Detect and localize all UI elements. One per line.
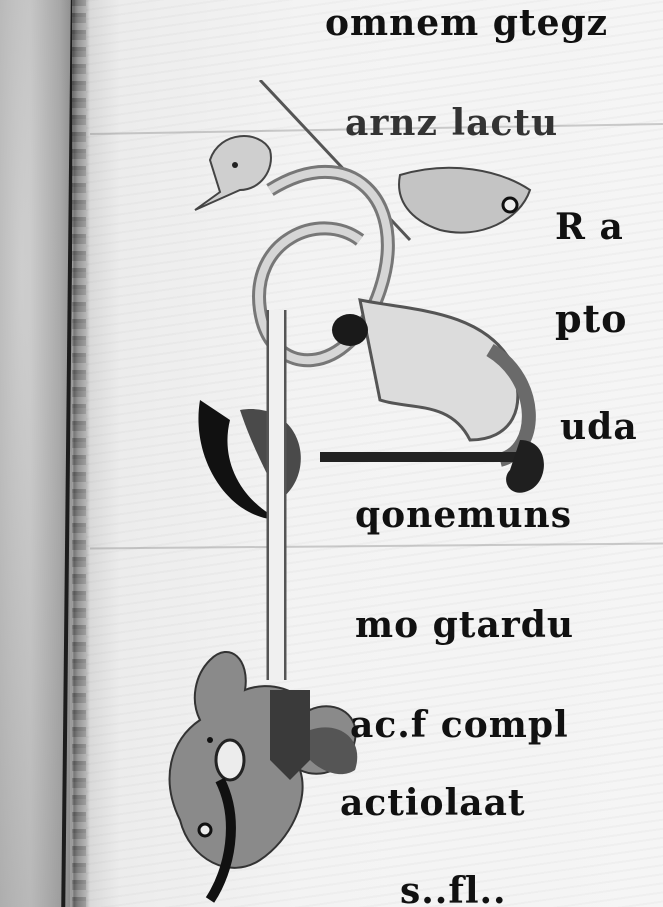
text-line: s..fl.. [400,870,507,907]
text-line: omnem gtegz [325,2,608,44]
text-line: ac.f compl [350,704,569,746]
left-margin [0,0,70,907]
text-line: R a [555,206,624,248]
text-line: qonemuns [355,494,572,536]
text-line: mo gtardu [355,604,574,646]
text-line: actiolaat [340,782,526,824]
text-line: pto [555,296,627,341]
text-line: arnz lactu [345,102,558,144]
manuscript-photo: omnem gtegz arnz lactu R a pto uda qonem… [0,0,663,907]
text-line: uda [560,406,638,448]
page-edge [72,0,86,907]
